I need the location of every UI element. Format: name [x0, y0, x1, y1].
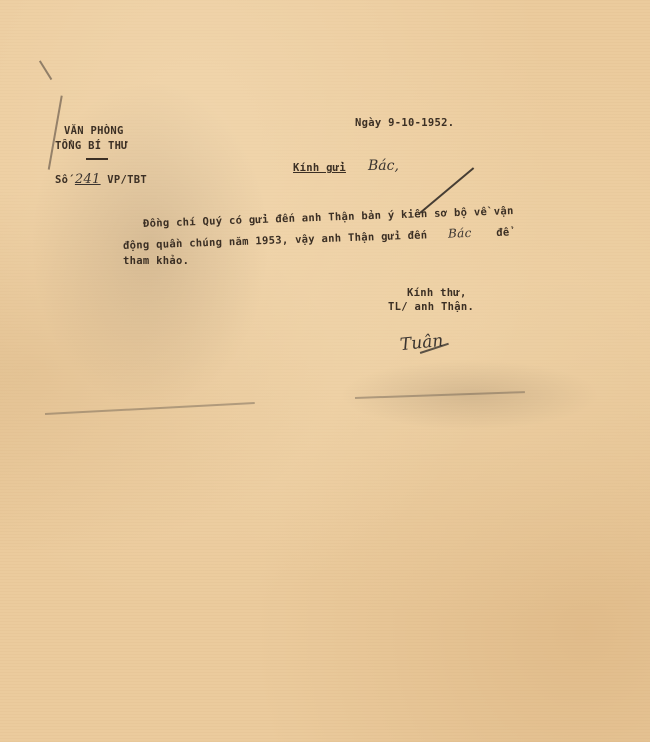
closing-line-2: TL/ anh Thận.: [388, 301, 474, 313]
margin-line: [48, 96, 63, 170]
body-handwritten-bac: Bác: [448, 226, 472, 241]
body-line-2-text: động quần chúng năm 1953, vậy anh Thận g…: [123, 229, 428, 252]
fold-line: [45, 402, 255, 414]
salutation-handwritten: Bác,: [368, 158, 399, 174]
ink-smudge: [340, 360, 600, 430]
document-page: VĂN PHÒNG TỔNG BÍ THƯ Số 241 VP/TBT Ngày…: [0, 0, 650, 742]
header-divider: [86, 158, 108, 160]
body-line-3: tham khảo.: [123, 255, 189, 267]
closing-line-1: Kính thư,: [407, 287, 467, 299]
office-name-line1: VĂN PHÒNG: [64, 125, 124, 137]
office-name-line2: TỔNG BÍ THƯ: [55, 140, 128, 152]
fold-line: [355, 391, 525, 398]
number-prefix: Số: [55, 174, 68, 186]
document-date: Ngày 9-10-1952.: [355, 117, 454, 129]
number-suffix: VP/TBT: [107, 174, 147, 186]
pencil-mark: [39, 60, 52, 79]
document-number: Số 241 VP/TBT: [55, 172, 147, 187]
number-handwritten: 241: [75, 172, 101, 187]
salutation-typed: Kính gửi: [293, 162, 346, 174]
body-line-2-end: để: [496, 227, 510, 239]
